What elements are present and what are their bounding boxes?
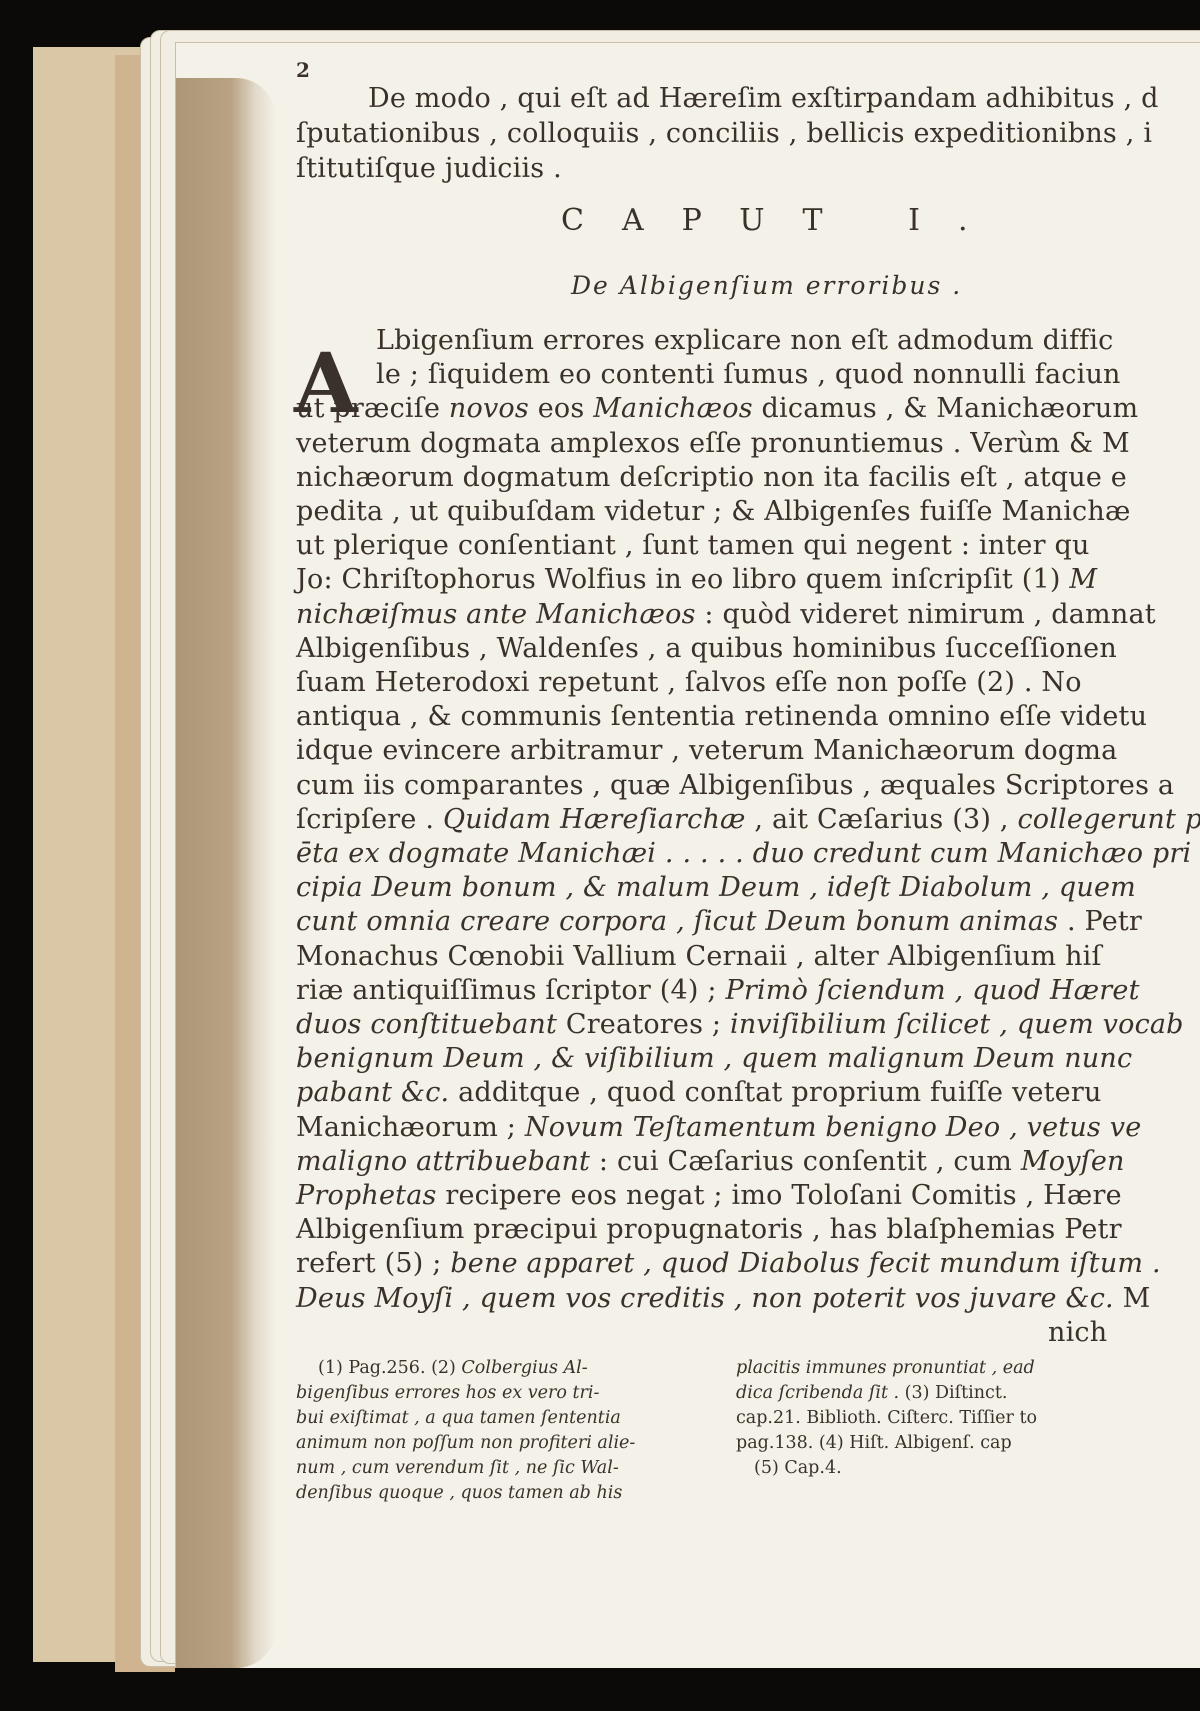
italic-span: Primò ſciendum , quod Hæret [725, 975, 1139, 1006]
roman-span: additque , quod conſtat proprium fuiſſe … [449, 1077, 1101, 1108]
footnote-line: (1) Pag.256. (2) Colbergius Al- [318, 1358, 588, 1378]
roman-span: . Petr [1058, 906, 1142, 937]
roman-span: Monachus Cœnobii Vallium Cernaii , alter… [296, 941, 1102, 972]
body-line: duos conſtituebant Creatores ; inviſibil… [296, 1009, 1184, 1040]
body-line: refert (5) ; bene apparet , quod Diabolu… [296, 1248, 1161, 1279]
italic-span: dica ſcribenda ſit . [736, 1383, 899, 1403]
roman-span: (1) Pag.256. (2) [318, 1358, 461, 1378]
body-line: le ; ſiquidem eo contenti ſumus , quod n… [376, 359, 1121, 390]
footnote-line: denſibus quoque , quos tamen ab his [296, 1483, 622, 1503]
body-line: Albigenſibus , Waldenſes , a quibus homi… [296, 633, 1117, 664]
footnote-line: bigenſibus errores hos ex vero tri- [296, 1383, 599, 1403]
roman-span: Creatores ; [566, 1009, 730, 1040]
page-number: 2 [296, 58, 310, 82]
roman-span: idque evincere arbitramur , veterum Mani… [296, 735, 1117, 766]
body-line: nichæorum dogmatum deſcriptio non ita fa… [296, 462, 1127, 493]
footnote-line: animum non poſſum non profiteri alie- [296, 1433, 635, 1453]
roman-span: , ait Cæſarius (3) , [746, 804, 1018, 835]
intro-line: ſputationibus , colloquiis , conciliis ,… [296, 118, 1152, 149]
italic-span: num , cum verendum ſit , ne ſic Wal- [296, 1458, 619, 1478]
roman-span: Albigenſibus , Waldenſes , a quibus homi… [296, 633, 1117, 664]
italic-span: Novum Teſtamentum benigno Deo , vetus ve [525, 1112, 1142, 1143]
chapter-subtitle: De Albigenſium erroribus . [571, 271, 962, 300]
italic-span: Prophetas [296, 1180, 437, 1211]
italic-span: Colbergius Al- [461, 1358, 587, 1378]
book-page: 2 De modo , qui eſt ad Hæreſim exſtirpan… [175, 42, 1200, 1668]
italic-span: cipia Deum bonum , & malum Deum , ideſt … [296, 872, 1136, 903]
italic-span: pabant &c. [296, 1077, 449, 1108]
roman-span: Albigenſium præcipui propugnatoris , has… [296, 1214, 1122, 1245]
footnote-line: num , cum verendum ſit , ne ſic Wal- [296, 1458, 619, 1478]
roman-span: le ; ſiquidem eo contenti ſumus , quod n… [376, 359, 1121, 390]
roman-span: dicamus , & Manichæorum [753, 393, 1139, 424]
italic-span: M [1069, 564, 1097, 595]
body-line: ut præciſe novos eos Manichæos dicamus ,… [296, 393, 1138, 424]
italic-span: Quidam Hæreſiarchæ [443, 804, 746, 835]
roman-span: : quòd videret nimirum , damnat [696, 599, 1156, 630]
footnote-line: (5) Cap.4. [754, 1458, 842, 1478]
footnote-line: bui exiſtimat , a qua tamen ſententia [296, 1408, 621, 1428]
roman-span: ſuam Heterodoxi repetunt , ſalvos eſſe n… [296, 667, 1082, 698]
italic-span: cunt omnia creare corpora , ſicut Deum b… [296, 906, 1058, 937]
roman-span: pedita , ut quibuſdam videtur ; & Albige… [296, 496, 1131, 527]
body-line: Jo: Chriſtophorus Wolfius in eo libro qu… [296, 564, 1097, 595]
roman-span: pag.138. (4) Hiſt. Albigenſ. cap [736, 1433, 1012, 1453]
body-line: cipia Deum bonum , & malum Deum , ideſt … [296, 872, 1136, 903]
page-text: 2 De modo , qui eſt ad Hæreſim exſtirpan… [176, 43, 1200, 1668]
roman-span: eos [529, 393, 593, 424]
roman-span: Manichæorum ; [296, 1112, 525, 1143]
italic-span: benignum Deum , & viſibilium , quem mali… [296, 1043, 1132, 1074]
roman-span: recipere eos negat ; imo Toloſani Comiti… [437, 1180, 1122, 1211]
italic-span: bene apparet , quod Diabolus fecit mundu… [450, 1248, 1160, 1279]
roman-span: nichæorum dogmatum deſcriptio non ita fa… [296, 462, 1127, 493]
italic-span: maligno attribuebant [296, 1146, 590, 1177]
body-line: veterum dogmata amplexos eſſe pronuntiem… [296, 428, 1130, 459]
italic-span: inviſibilium ſcilicet , quem vocab [730, 1009, 1184, 1040]
body-line: pabant &c. additque , quod conſtat propr… [296, 1077, 1102, 1108]
body-line: Manichæorum ; Novum Teſtamentum benigno … [296, 1112, 1141, 1143]
italic-span: duos conſtituebant [296, 1009, 566, 1040]
italic-span: Manichæos [593, 393, 753, 424]
body-line: Monachus Cœnobii Vallium Cernaii , alter… [296, 941, 1102, 972]
roman-span: (5) Cap.4. [754, 1458, 842, 1478]
body-line: benignum Deum , & viſibilium , quem mali… [296, 1043, 1132, 1074]
intro-line: ſtitutiſque judiciis . [296, 153, 562, 184]
roman-span: antiqua , & communis ſententia retinenda… [296, 701, 1147, 732]
chapter-heading: CAPUT I. [561, 203, 1006, 238]
body-line: antiqua , & communis ſententia retinenda… [296, 701, 1147, 732]
roman-span: M [1114, 1283, 1151, 1314]
footnote-line: dica ſcribenda ſit . (3) Diſtinct. [736, 1383, 1007, 1403]
roman-span: (3) Diſtinct. [899, 1383, 1007, 1403]
body-line: cunt omnia creare corpora , ſicut Deum b… [296, 906, 1142, 937]
italic-span: denſibus quoque , quos tamen ab his [296, 1483, 622, 1503]
body-line: nichæiſmus ante Manichæos : quòd videret… [296, 599, 1156, 630]
intro-line: De modo , qui eſt ad Hæreſim exſtirpanda… [368, 83, 1159, 114]
body-line: Lbigenſium errores explicare non eſt adm… [376, 325, 1114, 356]
italic-span: animum non poſſum non profiteri alie- [296, 1433, 635, 1453]
italic-span: Deus Moyſi , quem vos creditis , non pot… [296, 1283, 1114, 1314]
footnote-line: cap.21. Biblioth. Ciſterc. Tiſſier to [736, 1408, 1037, 1428]
body-line: nich [1048, 1317, 1107, 1348]
italic-span: novos [449, 393, 529, 424]
body-line: maligno attribuebant : cui Cæſarius conſ… [296, 1146, 1125, 1177]
roman-span: ut præciſe [296, 393, 449, 424]
italic-span: bigenſibus errores hos ex vero tri- [296, 1383, 599, 1403]
body-line: riæ antiquiſſimus ſcriptor (4) ; Primò ſ… [296, 975, 1140, 1006]
body-line: idque evincere arbitramur , veterum Mani… [296, 735, 1117, 766]
roman-span: veterum dogmata amplexos eſſe pronuntiem… [296, 428, 1130, 459]
italic-span: ēta ex dogmate Manichæi . . . . . duo cr… [296, 838, 1191, 869]
italic-span: Moyſen [1021, 1146, 1125, 1177]
body-line: Prophetas recipere eos negat ; imo Toloſ… [296, 1180, 1122, 1211]
body-line: Deus Moyſi , quem vos creditis , non pot… [296, 1283, 1150, 1314]
roman-span: nich [1048, 1317, 1107, 1348]
roman-span: ut plerique conſentiant , ſunt tamen qui… [296, 530, 1090, 561]
roman-span: Jo: Chriſtophorus Wolfius in eo libro qu… [296, 564, 1069, 595]
roman-span: cap.21. Biblioth. Ciſterc. Tiſſier to [736, 1408, 1037, 1428]
body-line: ut plerique conſentiant , ſunt tamen qui… [296, 530, 1090, 561]
italic-span: bui exiſtimat , a qua tamen ſententia [296, 1408, 621, 1428]
body-line: Albigenſium præcipui propugnatoris , has… [296, 1214, 1122, 1245]
roman-span: refert (5) ; [296, 1248, 450, 1279]
footnote-line: pag.138. (4) Hiſt. Albigenſ. cap [736, 1433, 1012, 1453]
body-line: cum iis comparantes , quæ Albigenſibus ,… [296, 770, 1174, 801]
body-line: ſuam Heterodoxi repetunt , ſalvos eſſe n… [296, 667, 1082, 698]
italic-span: collegerunt pu [1017, 804, 1200, 835]
italic-span: placitis immunes pronuntiat , ead [736, 1358, 1035, 1378]
footnote-line: placitis immunes pronuntiat , ead [736, 1358, 1035, 1378]
body-line: ſcripſere . Quidam Hæreſiarchæ , ait Cæſ… [296, 804, 1200, 835]
body-line: pedita , ut quibuſdam videtur ; & Albige… [296, 496, 1131, 527]
italic-span: nichæiſmus ante Manichæos [296, 599, 696, 630]
roman-span: Lbigenſium errores explicare non eſt adm… [376, 325, 1114, 356]
roman-span: ſcripſere . [296, 804, 443, 835]
roman-span: : cui Cæſarius conſentit , cum [590, 1146, 1021, 1177]
body-line: ēta ex dogmate Manichæi . . . . . duo cr… [296, 838, 1191, 869]
roman-span: riæ antiquiſſimus ſcriptor (4) ; [296, 975, 725, 1006]
roman-span: cum iis comparantes , quæ Albigenſibus ,… [296, 770, 1174, 801]
